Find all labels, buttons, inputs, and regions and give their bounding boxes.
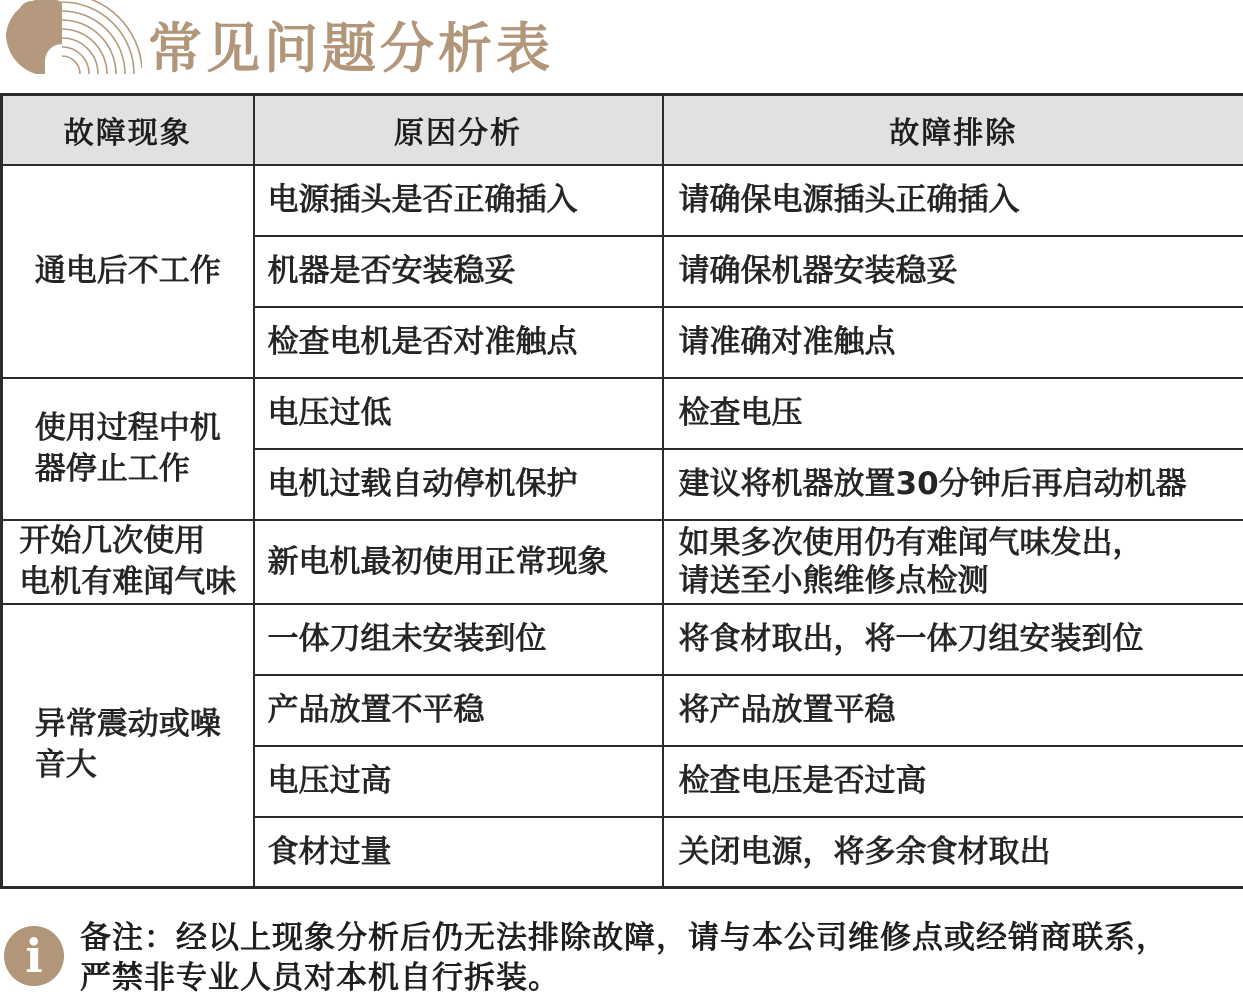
fault-analysis-table: 故障现象 原因分析 故障排除 通电后不工作电源插头是否正确插入请确保电源插头正确… [0, 93, 1243, 889]
fix-cell: 请确保机器安装稳妥 [663, 236, 1243, 307]
cause-cell: 电压过低 [254, 378, 663, 449]
cause-cell: 电源插头是否正确插入 [254, 165, 663, 236]
table-body: 通电后不工作电源插头是否正确插入请确保电源插头正确插入机器是否安装稳妥请确保机器… [2, 165, 1243, 888]
header-cause: 原因分析 [254, 95, 663, 165]
fix-cell: 请准确对准触点 [663, 307, 1243, 378]
fix-cell: 将食材取出，将一体刀组安装到位 [663, 604, 1243, 675]
info-icon: i [4, 926, 64, 986]
phenomenon-cell: 使用过程中机器停止工作 [2, 378, 254, 520]
cause-cell: 检查电机是否对准触点 [254, 307, 663, 378]
bear-arcs-logo-icon [2, 0, 142, 74]
cause-cell: 一体刀组未安装到位 [254, 604, 663, 675]
title-bar: 常见问题分析表 [0, 0, 1243, 90]
fix-cell: 检查电压 [663, 378, 1243, 449]
fix-cell: 建议将机器放置30分钟后再启动机器 [663, 449, 1243, 520]
header-row: 故障现象 原因分析 故障排除 [2, 95, 1243, 165]
phenomenon-cell: 开始几次使用电机有难闻气味 [2, 520, 254, 604]
table-header: 故障现象 原因分析 故障排除 [2, 95, 1243, 165]
header-phenomenon: 故障现象 [2, 95, 254, 165]
fix-cell: 检查电压是否过高 [663, 746, 1243, 817]
note-text: 备注：经以上现象分析后仍无法排除故障，请与本公司维修点或经销商联系， 严禁非专业… [80, 918, 1168, 998]
note-line: 严禁非专业人员对本机自行拆装。 [80, 958, 1168, 998]
fix-cell: 如果多次使用仍有难闻气味发出，请送至小熊维修点检测 [663, 520, 1243, 604]
cause-cell: 电机过载自动停机保护 [254, 449, 663, 520]
table-row: 使用过程中机器停止工作电压过低检查电压 [2, 378, 1243, 449]
cause-cell: 电压过高 [254, 746, 663, 817]
header-fix: 故障排除 [663, 95, 1243, 165]
table-row: 异常震动或噪音大一体刀组未安装到位将食材取出，将一体刀组安装到位 [2, 604, 1243, 675]
table-row: 开始几次使用电机有难闻气味新电机最初使用正常现象如果多次使用仍有难闻气味发出，请… [2, 520, 1243, 604]
note: i 备注：经以上现象分析后仍无法排除故障，请与本公司维修点或经销商联系， 严禁非… [4, 918, 1243, 998]
phenomenon-cell: 异常震动或噪音大 [2, 604, 254, 888]
phenomenon-cell: 通电后不工作 [2, 165, 254, 378]
fix-cell: 关闭电源，将多余食材取出 [663, 817, 1243, 888]
page-title: 常见问题分析表 [148, 6, 554, 83]
cause-cell: 食材过量 [254, 817, 663, 888]
cause-cell: 产品放置不平稳 [254, 675, 663, 746]
cause-cell: 新电机最初使用正常现象 [254, 520, 663, 604]
fix-cell: 请确保电源插头正确插入 [663, 165, 1243, 236]
table-row: 通电后不工作电源插头是否正确插入请确保电源插头正确插入 [2, 165, 1243, 236]
fix-cell: 将产品放置平稳 [663, 675, 1243, 746]
cause-cell: 机器是否安装稳妥 [254, 236, 663, 307]
manual-page: 常见问题分析表 故障现象 原因分析 故障排除 通电后不工作电源插头是否正确插入请… [0, 0, 1243, 998]
note-line: 备注：经以上现象分析后仍无法排除故障，请与本公司维修点或经销商联系， [80, 918, 1168, 958]
